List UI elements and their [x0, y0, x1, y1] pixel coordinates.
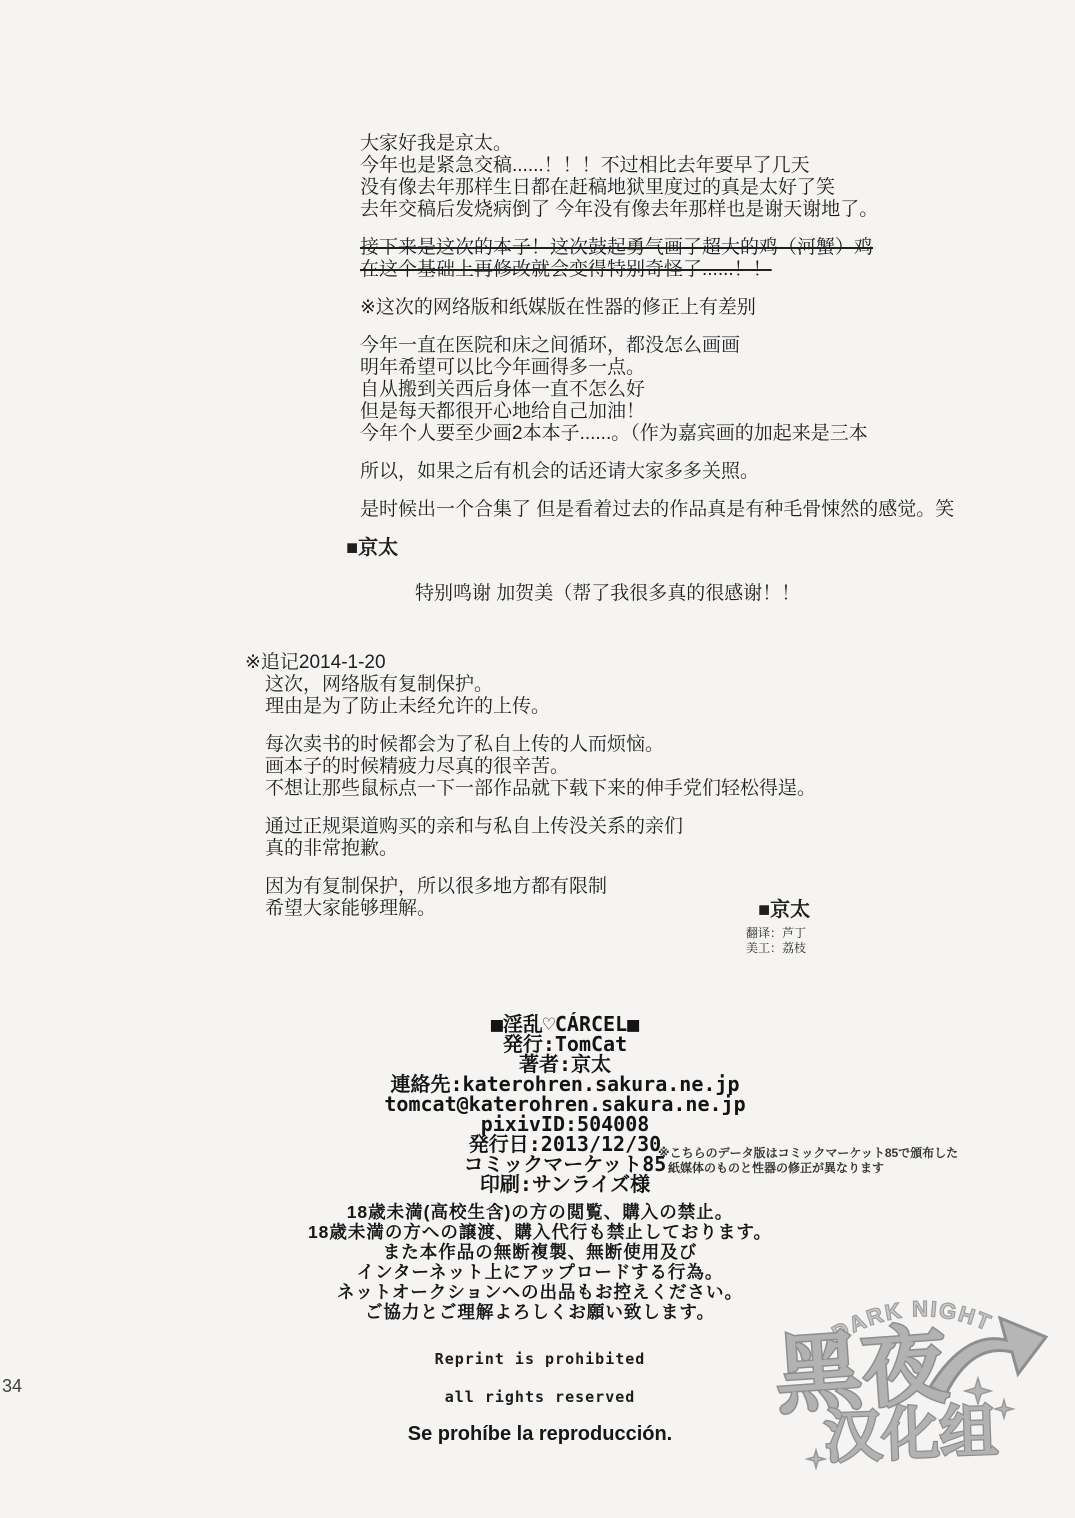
- warning-line: 18歳未満(高校生含)の方の閲覧、購入の禁止。: [250, 1202, 830, 1222]
- all-rights-reserved-text: all rights reserved: [290, 1388, 790, 1406]
- paragraph: ※追记2014-1-20 这次，网络版有复制保护。 理由是为了防止未经允许的上传…: [265, 652, 905, 718]
- text-line: 大家好我是京太。: [360, 133, 1000, 155]
- colophon-side-note: ※こちらのデータ版はコミックマーケット85で頒布した 紙媒体のものと性器の修正が…: [658, 1146, 958, 1176]
- afterword-section: 大家好我是京太。 今年也是紧急交稿......！！！不过相比去年要早了几天 没有…: [360, 133, 1000, 605]
- contact-line: 連絡先:katerohren.sakura.ne.jp: [330, 1074, 800, 1094]
- text-line: 画本子的时候精疲力尽真的很辛苦。: [265, 756, 905, 778]
- publisher-line: 発行:TomCat: [330, 1034, 800, 1054]
- text-line: 理由是为了防止未经允许的上传。: [265, 696, 905, 718]
- text-line: 这次，网络版有复制保护。: [265, 674, 905, 696]
- reprint-prohibited-text: Reprint is prohibited: [290, 1350, 790, 1368]
- author-signature: ■京太: [758, 893, 810, 922]
- text-line: 明年希望可以比今年画得多一点。: [360, 357, 1000, 379]
- text-line: 没有像去年那样生日都在赶稿地狱里度过的真是太好了笑: [360, 177, 1000, 199]
- text-line: 真的非常抱歉。: [265, 838, 905, 860]
- pixiv-id-line: pixivID:504008: [330, 1114, 800, 1134]
- text-line: 今年一直在医院和床之间循环，都没怎么画画: [360, 335, 1000, 357]
- text-line-strikethrough: 接下来是这次的本子！这次鼓起勇气画了超大的鸡（河蟹）鸡: [360, 237, 1000, 259]
- text-line: ※这次的网络版和纸媒版在性器的修正上有差别: [360, 297, 1000, 319]
- star-icon: [807, 1450, 825, 1468]
- text-line: 不想让那些鼠标点一下一部作品就下载下来的伸手党们轻松得逞。: [265, 778, 905, 800]
- warning-line: インターネット上にアップロードする行為。: [250, 1262, 830, 1282]
- text-line: 通过正规渠道购买的亲和与私自上传没关系的亲们: [265, 816, 905, 838]
- watermark-logo: DARK NIGHT 黑夜 汉化组: [772, 1282, 1075, 1518]
- text-line: 自从搬到关西后身体一直不怎么好: [360, 379, 1000, 401]
- special-thanks: 特别鸣谢 加贺美（帮了我很多真的很感谢！！: [415, 583, 1000, 605]
- warning-line: また本作品の無断複製、無断使用及び: [250, 1242, 830, 1262]
- scanlation-watermark: DARK NIGHT 黑夜 汉化组: [772, 1282, 1075, 1518]
- watermark-cn-secondary: 汉化组: [823, 1397, 999, 1471]
- artist-credit: 美工：荔枝: [746, 941, 810, 956]
- star-icon: [995, 1400, 1013, 1418]
- author-line: 著者:京太: [330, 1054, 800, 1074]
- paragraph: 大家好我是京太。 今年也是紧急交稿......！！！不过相比去年要早了几天 没有…: [360, 133, 1000, 221]
- spanish-prohibition-text: Se prohíbe la reproducción.: [290, 1423, 790, 1446]
- credits-block: ■京太 翻译：芦丁 美工：荔枝: [746, 893, 810, 956]
- colophon-title: ■淫乱♡CÁRCEL■: [330, 1014, 800, 1034]
- paragraph: 通过正规渠道购买的亲和与私自上传没关系的亲们 真的非常抱歉。: [265, 816, 905, 860]
- note-line: 紙媒体のものと性器の修正が異なります: [668, 1161, 958, 1176]
- translator-credit: 翻译：芦丁: [746, 926, 810, 941]
- paragraph: 今年一直在医院和床之间循环，都没怎么画画 明年希望可以比今年画得多一点。 自从搬…: [360, 335, 1000, 445]
- text-line: 今年个人要至少画2本本子......。（作为嘉宾画的加起来是三本: [360, 423, 1000, 445]
- warning-line: ご協力とご理解よろしくお願い致します。: [250, 1302, 830, 1322]
- text-line: 但是每天都很开心地给自己加油！: [360, 401, 1000, 423]
- text-line: 去年交稿后发烧病倒了 今年没有像去年那样也是谢天谢地了。: [360, 199, 1000, 221]
- postscript-date-line: ※追记2014-1-20: [245, 652, 905, 674]
- warning-line: 18歳未満の方への譲渡、購入代行も禁止しております。: [250, 1222, 830, 1242]
- paragraph: 每次卖书的时候都会为了私自上传的人而烦恼。 画本子的时候精疲力尽真的很辛苦。 不…: [265, 734, 905, 800]
- paragraph: 是时候出一个合集了 但是看着过去的作品真是有种毛骨悚然的感觉。笑: [360, 499, 1000, 521]
- note-line: ※こちらのデータ版はコミックマーケット85で頒布した: [658, 1146, 958, 1161]
- age-warning-section: 18歳未満(高校生含)の方の閲覧、購入の禁止。 18歳未満の方への譲渡、購入代行…: [250, 1202, 830, 1322]
- warning-line: ネットオークションへの出品もお控えください。: [250, 1282, 830, 1302]
- text-line: 是时候出一个合集了 但是看着过去的作品真是有种毛骨悚然的感觉。笑: [360, 499, 1000, 521]
- page-number: 34: [2, 1376, 22, 1397]
- text-line: 所以，如果之后有机会的话还请大家多多关照。: [360, 461, 1000, 483]
- printer-line: 印刷:サンライズ様: [330, 1174, 800, 1194]
- paragraph: ※这次的网络版和纸媒版在性器的修正上有差别: [360, 297, 1000, 319]
- paragraph-strikethrough: 接下来是这次的本子！这次鼓起勇气画了超大的鸡（河蟹）鸡 在这个基础上再修改就会变…: [360, 237, 1000, 281]
- text-line-strikethrough: 在这个基础上再修改就会变得特别奇怪了......！！: [360, 259, 1000, 281]
- email-line: tomcat@katerohren.sakura.ne.jp: [330, 1094, 800, 1114]
- author-signature: ■京太: [346, 537, 1000, 559]
- text-line: 每次卖书的时候都会为了私自上传的人而烦恼。: [265, 734, 905, 756]
- document-page: 大家好我是京太。 今年也是紧急交稿......！！！不过相比去年要早了几天 没有…: [0, 0, 1075, 1518]
- paragraph: 所以，如果之后有机会的话还请大家多多关照。: [360, 461, 1000, 483]
- text-line: 今年也是紧急交稿......！！！不过相比去年要早了几天: [360, 155, 1000, 177]
